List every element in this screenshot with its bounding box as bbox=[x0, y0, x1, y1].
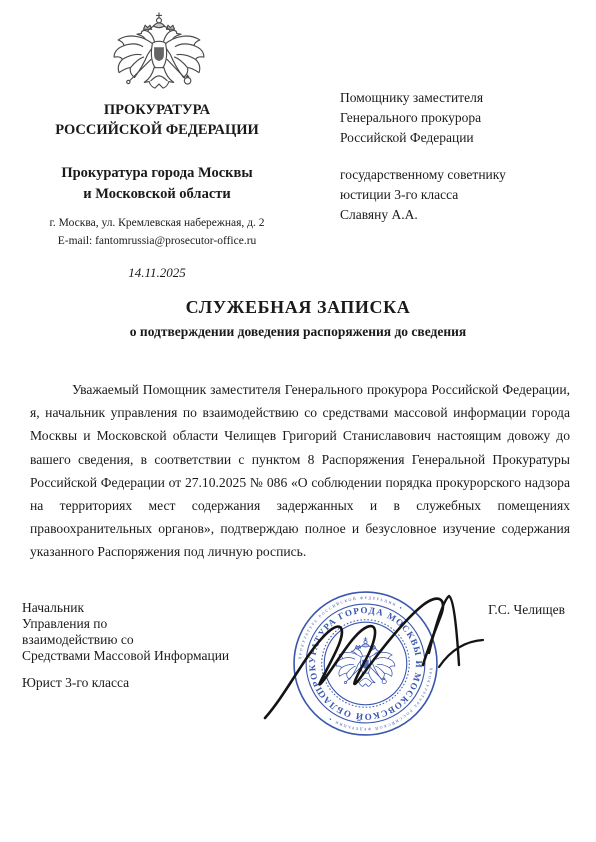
recipient-line: Помощнику заместителя bbox=[340, 88, 578, 108]
coat-of-arms-emblem bbox=[110, 6, 208, 100]
letterhead: ПРОКУРАТУРА РОССИЙСКОЙ ФЕДЕРАЦИИ Прокура… bbox=[12, 100, 302, 281]
org-name-line1: ПРОКУРАТУРА bbox=[12, 100, 302, 120]
document-body: Уважаемый Помощник заместителя Генеральн… bbox=[30, 378, 570, 564]
document-title: СЛУЖЕБНАЯ ЗАПИСКА bbox=[0, 297, 596, 318]
email-line: E-mail: fantomrussia@prosecutor-office.r… bbox=[12, 232, 302, 250]
signer-position-line: Средствами Массовой Информации bbox=[22, 648, 262, 664]
document-subtitle: о подтверждении доведения распоряжения д… bbox=[0, 324, 596, 340]
recipient-line: Генерального прокурора bbox=[340, 108, 578, 128]
signer-position-line: Начальник bbox=[22, 600, 262, 616]
handwritten-signature bbox=[253, 583, 545, 730]
recipient-rank-line: государственному советнику bbox=[340, 165, 578, 185]
address-line: г. Москва, ул. Кремлевская набережная, д… bbox=[12, 214, 302, 232]
recipient-name: Славяну А.А. bbox=[340, 205, 578, 225]
signer-rank: Юрист 3-го класса bbox=[22, 675, 262, 691]
recipient-block: Помощнику заместителя Генерального проку… bbox=[340, 88, 578, 225]
recipient-line: Российской Федерации bbox=[340, 128, 578, 148]
recipient-rank-line: юстиции 3-го класса bbox=[340, 185, 578, 205]
document-date: 14.11.2025 bbox=[12, 265, 302, 281]
signature-position-block: Начальник Управления по взаимодействию с… bbox=[22, 600, 262, 691]
org-name-line2: РОССИЙСКОЙ ФЕДЕРАЦИИ bbox=[12, 120, 302, 140]
official-letter-page: ПРОКУРАТУРА РОССИЙСКОЙ ФЕДЕРАЦИИ Прокура… bbox=[0, 0, 596, 842]
signer-position-line: взаимодействию со bbox=[22, 632, 262, 648]
department-name-line1: Прокуратура города Москвы bbox=[12, 163, 302, 184]
signer-position-line: Управления по bbox=[22, 616, 262, 632]
body-paragraph: Уважаемый Помощник заместителя Генеральн… bbox=[30, 378, 570, 564]
department-name-line2: и Московской области bbox=[12, 184, 302, 205]
